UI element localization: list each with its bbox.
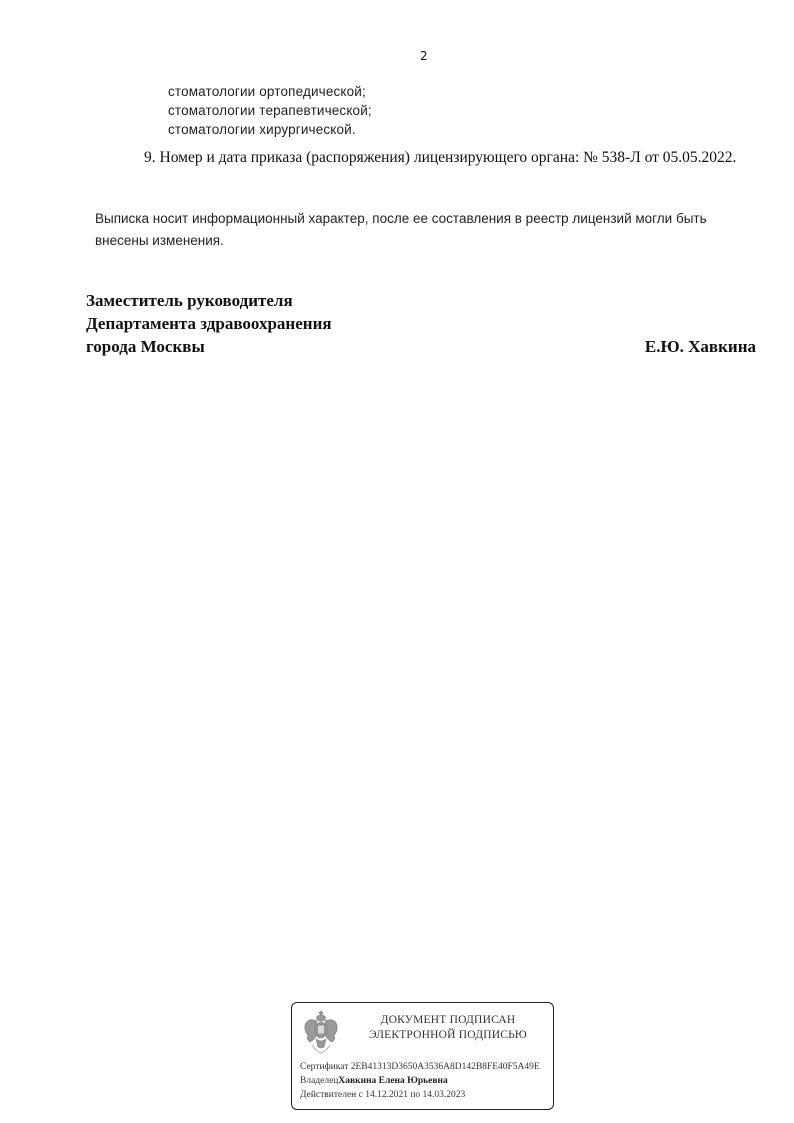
signatory-position-line: города Москвы [86, 337, 205, 357]
signatory-position-line: Заместитель руководителя [86, 291, 293, 311]
stamp-title-line-1: ДОКУМЕНТ ПОДПИСАН [352, 1013, 544, 1028]
owner-row: ВладелецХавкина Елена Юрьевна [300, 1076, 448, 1086]
stamp-title-line-2: ЭЛЕКТРОННОЙ ПОДПИСЬЮ [352, 1028, 544, 1043]
note-line-2: внесены изменения. [95, 233, 224, 248]
note-line-1: Выписка носит информационный характер, п… [95, 211, 707, 226]
list-item: стоматологии ортопедической; [168, 84, 366, 99]
owner-label: Владелец [300, 1076, 338, 1086]
certificate-label: Сертификат [300, 1062, 348, 1072]
electronic-signature-stamp: ДОКУМЕНТ ПОДПИСАН ЭЛЕКТРОННОЙ ПОДПИСЬЮ С… [291, 1002, 554, 1110]
russian-coat-of-arms-icon [302, 1009, 340, 1055]
list-item: стоматологии хирургической. [168, 122, 356, 137]
signatory-position-line: Департамента здравоохранения [86, 314, 332, 334]
owner-value: Хавкина Елена Юрьевна [338, 1076, 447, 1086]
stamp-title: ДОКУМЕНТ ПОДПИСАН ЭЛЕКТРОННОЙ ПОДПИСЬЮ [352, 1013, 544, 1043]
certificate-value: 2EB41313D3650A3536A8D142B8FE40F5A49E [351, 1062, 540, 1072]
page-number: 2 [420, 49, 428, 63]
list-item: стоматологии терапевтической; [168, 103, 372, 118]
certificate-row: Сертификат 2EB41313D3650A3536A8D142B8FE4… [300, 1062, 540, 1072]
signatory-name: Е.Ю. Хавкина [645, 337, 756, 357]
validity-row: Действителен с 14.12.2021 по 14.03.2023 [300, 1090, 465, 1100]
order-number-paragraph: 9. Номер и дата приказа (распоряжения) л… [144, 149, 736, 167]
